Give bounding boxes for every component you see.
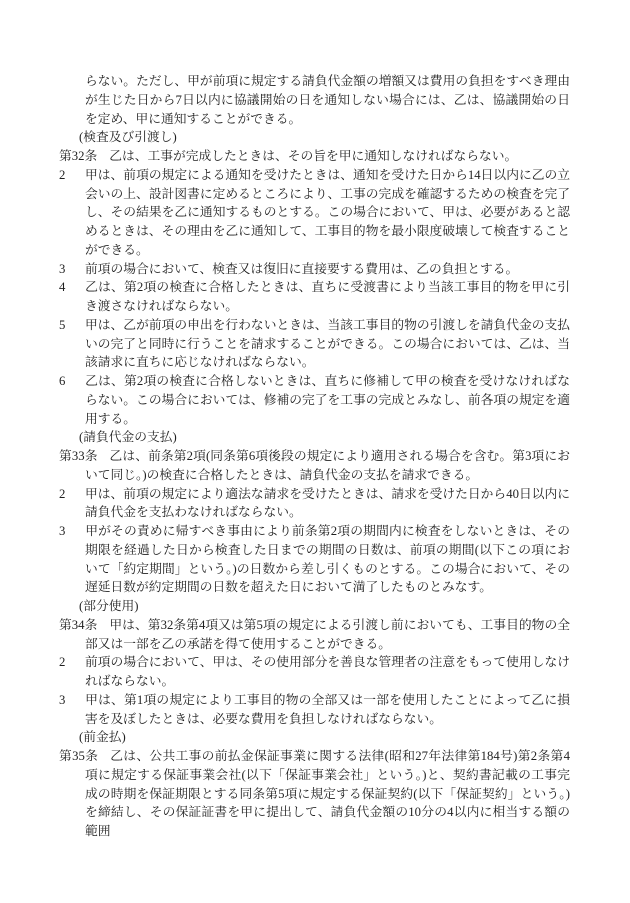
paragraph-text: 甲は、乙が前項の申出を行わないときは、当該工事目的物の引渡しを請負代金の支払いの… [85, 318, 570, 370]
paragraph-heading-8: (請負代金の支払) [59, 428, 570, 447]
paragraph-item-7: 6乙は、第2項の検査に合格しないときは、直ちに修補して甲の検査を受けなければなら… [59, 372, 570, 428]
paragraph-text: (請負代金の支払) [79, 430, 177, 444]
paragraph-heading-16: (前金払) [59, 728, 570, 747]
paragraph-number: 5 [59, 316, 85, 335]
paragraph-article-2: 第32条乙は、工事が完成したときは、その旨を甲に通知しなければならない。 [59, 147, 570, 166]
paragraph-text: 甲は、第1項の規定により工事目的物の全部又は一部を使用したことによって乙に損害を… [85, 693, 570, 726]
paragraph-heading-12: (部分使用) [59, 597, 570, 616]
paragraph-article-13: 第34条甲は、第32条第4項又は第5項の規定による引渡し前においても、工事目的物… [59, 616, 570, 654]
paragraph-item-10: 2甲は、前項の規定により適法な請求を受けたときは、請求を受けた日から40日以内に… [59, 485, 570, 523]
paragraph-item-11: 3甲がその責めに帰すべき事由により前条第2項の期間内に検査をしないときは、その期… [59, 522, 570, 597]
paragraph-heading-1: (検査及び引渡し) [59, 128, 570, 147]
paragraph-text: 乙は、工事が完成したときは、その旨を甲に通知しなければならない。 [109, 149, 517, 163]
paragraph-item-6: 5甲は、乙が前項の申出を行わないときは、当該工事目的物の引渡しを請負代金の支払い… [59, 316, 570, 372]
paragraph-text: (検査及び引渡し) [79, 130, 177, 144]
paragraph-number: 6 [59, 372, 85, 391]
paragraph-number: 第33条 [59, 449, 98, 463]
paragraph-text: 甲がその責めに帰すべき事由により前条第2項の期間内に検査をしないときは、その期限… [85, 524, 570, 594]
paragraph-article-17: 第35条乙は、公共工事の前払金保証事業に関する法律(昭和27年法律第184号)第… [59, 747, 570, 841]
paragraph-number: 2 [59, 653, 85, 672]
contract-clauses: らない。ただし、甲が前項に規定する請負代金額の増額又は費用の負担をすべき理由が生… [59, 72, 570, 841]
paragraph-text: (部分使用) [79, 599, 139, 613]
paragraph-number: 第34条 [59, 618, 97, 632]
paragraph-text: (前金払) [79, 730, 126, 744]
paragraph-text: 甲は、第32条第4項又は第5項の規定による引渡し前においても、工事目的物の全部又… [85, 618, 570, 651]
paragraph-number: 第35条 [59, 749, 98, 763]
paragraph-text: 甲は、前項の規定による通知を受けたときは、通知を受けた日から14日以内に乙の立会… [85, 168, 570, 257]
paragraph-text: 乙は、第2項の検査に合格しないときは、直ちに修補して甲の検査を受けなければならな… [85, 374, 570, 426]
paragraph-text: らない。ただし、甲が前項に規定する請負代金額の増額又は費用の負担をすべき理由が生… [85, 74, 570, 126]
paragraph-item-14: 2前項の場合において、甲は、その使用部分を善良な管理者の注意をもって使用しなけれ… [59, 653, 570, 691]
paragraph-item-4: 3前項の場合において、検査又は復旧に直接要する費用は、乙の負担とする。 [59, 260, 570, 279]
paragraph-number: 2 [59, 485, 85, 504]
paragraph-text: 前項の場合において、甲は、その使用部分を善良な管理者の注意をもって使用しなければ… [85, 655, 570, 688]
paragraph-text: 甲は、前項の規定により適法な請求を受けたときは、請求を受けた日から40日以内に請… [85, 487, 570, 520]
paragraph-text: 前項の場合において、検査又は復旧に直接要する費用は、乙の負担とする。 [85, 262, 518, 276]
paragraph-number: 3 [59, 522, 85, 541]
paragraph-text: 乙は、前条第2項(同条第6項後段の規定により適用される場合を含む。第3項において… [85, 449, 570, 482]
paragraph-number: 3 [59, 691, 85, 710]
paragraph-article-9: 第33条乙は、前条第2項(同条第6項後段の規定により適用される場合を含む。第3項… [59, 447, 570, 485]
paragraph-item-15: 3甲は、第1項の規定により工事目的物の全部又は一部を使用したことによって乙に損害… [59, 691, 570, 729]
paragraph-number: 3 [59, 260, 85, 279]
paragraph-text: 乙は、第2項の検査に合格したときは、直ちに受渡書により当該工事目的物を甲に引き渡… [85, 280, 570, 313]
paragraph-text: 乙は、公共工事の前払金保証事業に関する法律(昭和27年法律第184号)第2条第4… [85, 749, 570, 838]
paragraph-number: 第32条 [59, 149, 97, 163]
document-page: らない。ただし、甲が前項に規定する請負代金額の増額又は費用の負担をすべき理由が生… [0, 0, 630, 903]
paragraph-item-5: 4乙は、第2項の検査に合格したときは、直ちに受渡書により当該工事目的物を甲に引き… [59, 278, 570, 316]
paragraph-continuation-0: らない。ただし、甲が前項に規定する請負代金額の増額又は費用の負担をすべき理由が生… [59, 72, 570, 128]
paragraph-number: 4 [59, 278, 85, 297]
paragraph-item-3: 2甲は、前項の規定による通知を受けたときは、通知を受けた日から14日以内に乙の立… [59, 166, 570, 260]
paragraph-number: 2 [59, 166, 85, 185]
